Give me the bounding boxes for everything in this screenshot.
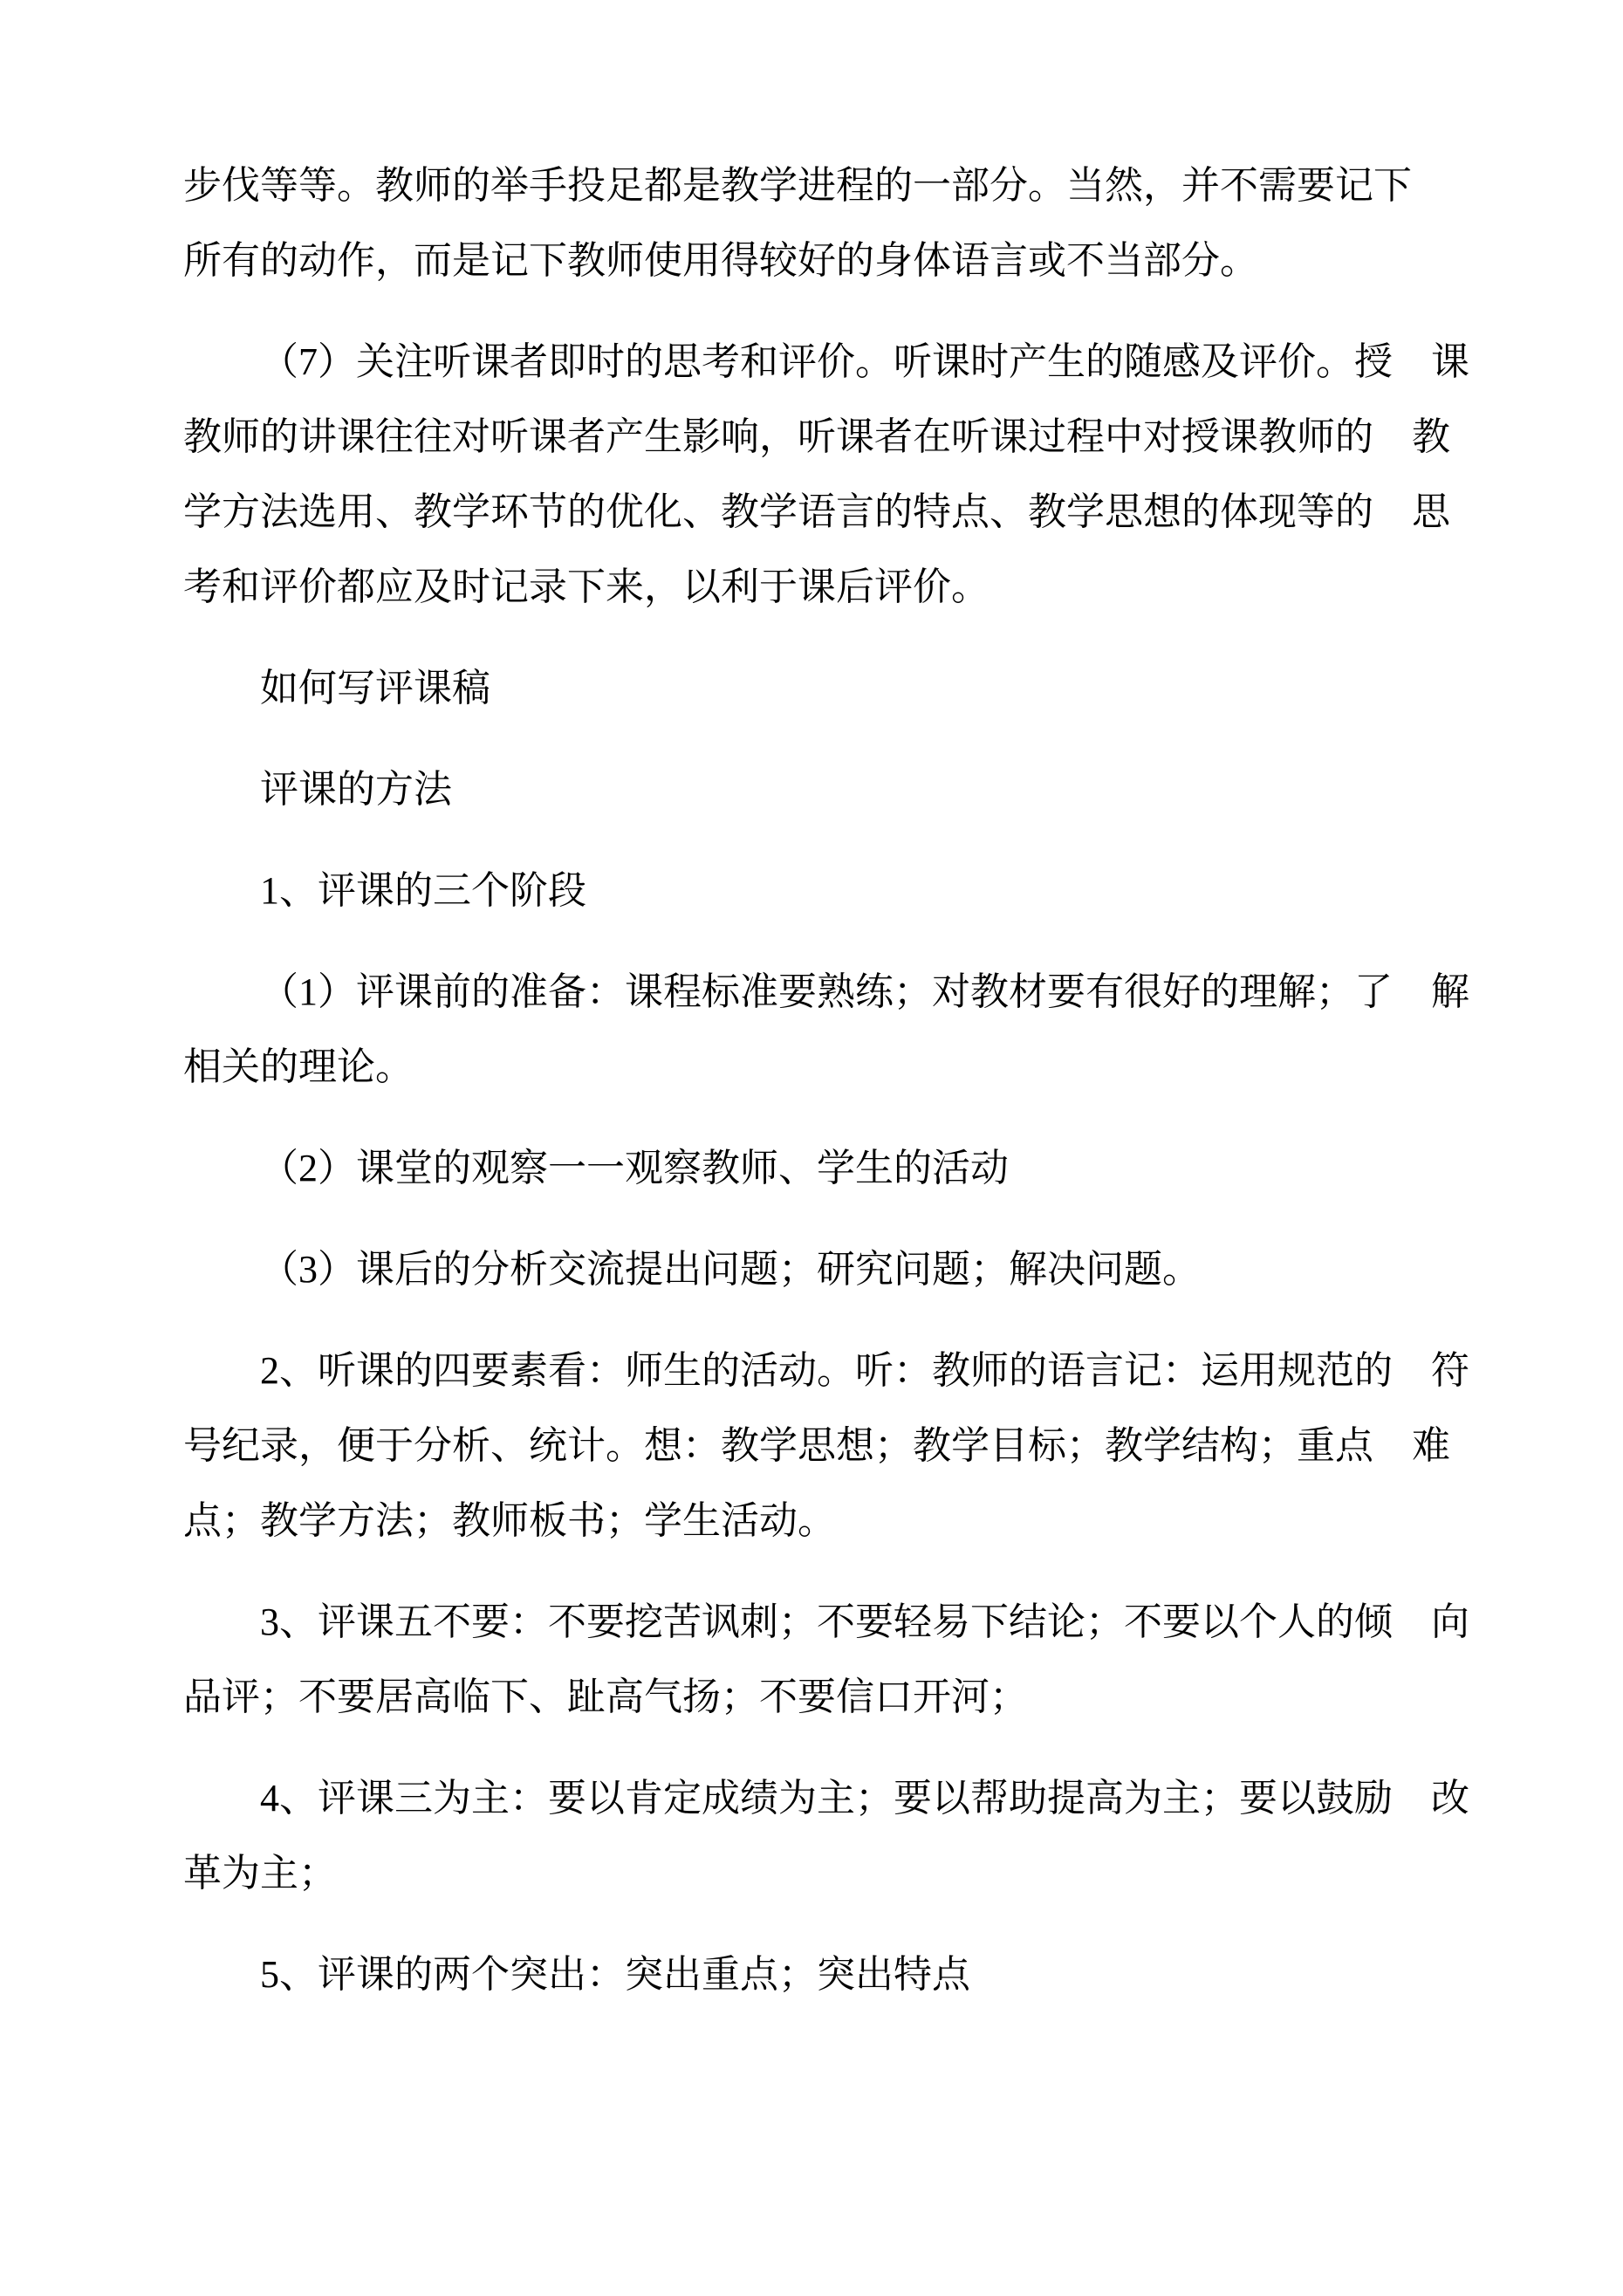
text-line: 点；教学方法；教师板书；学生活动。 [183,1484,1457,1559]
text-line: 如何写评课稿 [183,651,1457,726]
paragraph: 3、评课五不要：不要挖苦讽刺；不要轻易下结论；不要以个人的倾 向品评；不要居高临… [183,1585,1457,1735]
paragraph: （1）评课前的准备：课程标准要熟练；对教材要有很好的理解；了 解相关的理论。 [183,955,1457,1105]
text-line: 革为主； [183,1836,1457,1911]
text-line: 步伐等等。教师的举手投足都是教学进程的一部分。当然，并不需要记下 [183,148,1457,223]
text-line: 2、听课的四要素看：师生的活动。听：教师的语言记：运用规范的 符 [183,1333,1457,1408]
paragraph: 2、听课的四要素看：师生的活动。听：教师的语言记：运用规范的 符号纪录，便于分析… [183,1333,1457,1559]
text-line: 相关的理论。 [183,1030,1457,1105]
text-line: 号纪录，便于分析、统计。想：教学思想；教学目标；教学结构；重点 难 [183,1408,1457,1484]
paragraph: 如何写评课稿 [183,651,1457,726]
paragraph: （2）课堂的观察一一观察教师、学生的活动 [183,1131,1457,1206]
paragraph: （7）关注听课者即时的思考和评价。听课时产生的随感及评价。授 课教师的讲课往往对… [183,325,1457,625]
text-line: 教师的讲课往往对听课者产生影响，听课者在听课过程中对授课教师的 教 [183,400,1457,475]
text-line: 品评；不要居高临下、趾高气扬；不要信口开河； [183,1660,1457,1735]
text-line: （2）课堂的观察一一观察教师、学生的活动 [183,1131,1457,1206]
text-line: 评课的方法 [183,752,1457,827]
paragraph: 步伐等等。教师的举手投足都是教学进程的一部分。当然，并不需要记下所有的动作，而是… [183,148,1457,298]
text-line: 考和评价都应及时记录下来，以利于课后评价。 [183,550,1457,625]
text-line: （7）关注听课者即时的思考和评价。听课时产生的随感及评价。授 课 [183,325,1457,400]
text-line: 5、评课的两个突出：突出重点；突出特点 [183,1937,1457,2012]
text-line: 3、评课五不要：不要挖苦讽刺；不要轻易下结论；不要以个人的倾 向 [183,1585,1457,1660]
paragraph: 5、评课的两个突出：突出重点；突出特点 [183,1937,1457,2012]
paragraph: 4、评课三为主：要以肯定成绩为主；要以帮助提高为主；要以鼓励 改革为主； [183,1761,1457,1911]
text-line: （1）评课前的准备：课程标准要熟练；对教材要有很好的理解；了 解 [183,955,1457,1030]
text-line: （3）课后的分析交流提出问题；研究问题；解决问题。 [183,1232,1457,1307]
document-page: 步伐等等。教师的举手投足都是教学进程的一部分。当然，并不需要记下所有的动作，而是… [0,0,1623,2296]
paragraph: 评课的方法 [183,752,1457,827]
paragraph: 1、评课的三个阶段 [183,853,1457,929]
paragraph: （3）课后的分析交流提出问题；研究问题；解决问题。 [183,1232,1457,1307]
text-line: 所有的动作，而是记下教师使用得较好的身体语言或不当部分。 [183,223,1457,298]
document-body: 步伐等等。教师的举手投足都是教学进程的一部分。当然，并不需要记下所有的动作，而是… [183,148,1457,2012]
text-line: 1、评课的三个阶段 [183,853,1457,929]
text-line: 学方法选用、教学环节的优化、教学语言的特点、教学思想的体现等的 思 [183,475,1457,550]
text-line: 4、评课三为主：要以肯定成绩为主；要以帮助提高为主；要以鼓励 改 [183,1761,1457,1836]
